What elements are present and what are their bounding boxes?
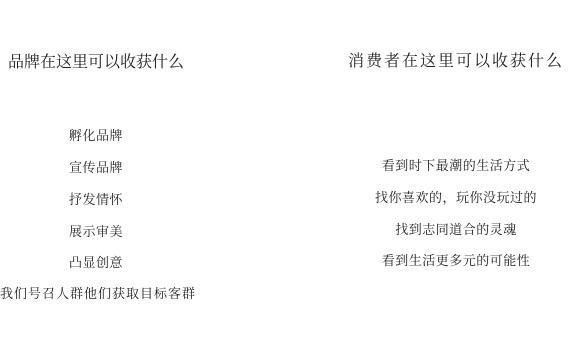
left-item-show-aesthetics: 展示审美 (0, 224, 192, 239)
left-item-express-sentiment: 抒发情怀 (0, 192, 192, 207)
left-item-incubate-brand: 孵化品牌 (0, 128, 192, 143)
right-column-header: 消费者在这里可以收获什么 (336, 53, 570, 71)
right-item-trendy-lifestyle: 看到时下最潮的生活方式 (336, 158, 570, 173)
right-item-find-what-you-like: 找你喜欢的，玩你没玩过的 (336, 190, 570, 205)
right-item-diverse-possibilities: 看到生活更多元的可能性 (336, 253, 570, 268)
left-column-footer: 我们号召人群他们获取目标客群 (0, 286, 196, 301)
left-item-highlight-creativity: 凸显创意 (0, 255, 192, 270)
right-item-kindred-spirits: 找到志同道合的灵魂 (336, 222, 570, 237)
left-column-header: 品牌在这里可以收获什么 (0, 54, 192, 72)
slide: 品牌在这里可以收获什么 消费者在这里可以收获什么 孵化品牌 宣传品牌 抒发情怀 … (0, 0, 570, 360)
left-item-promote-brand: 宣传品牌 (0, 160, 192, 175)
